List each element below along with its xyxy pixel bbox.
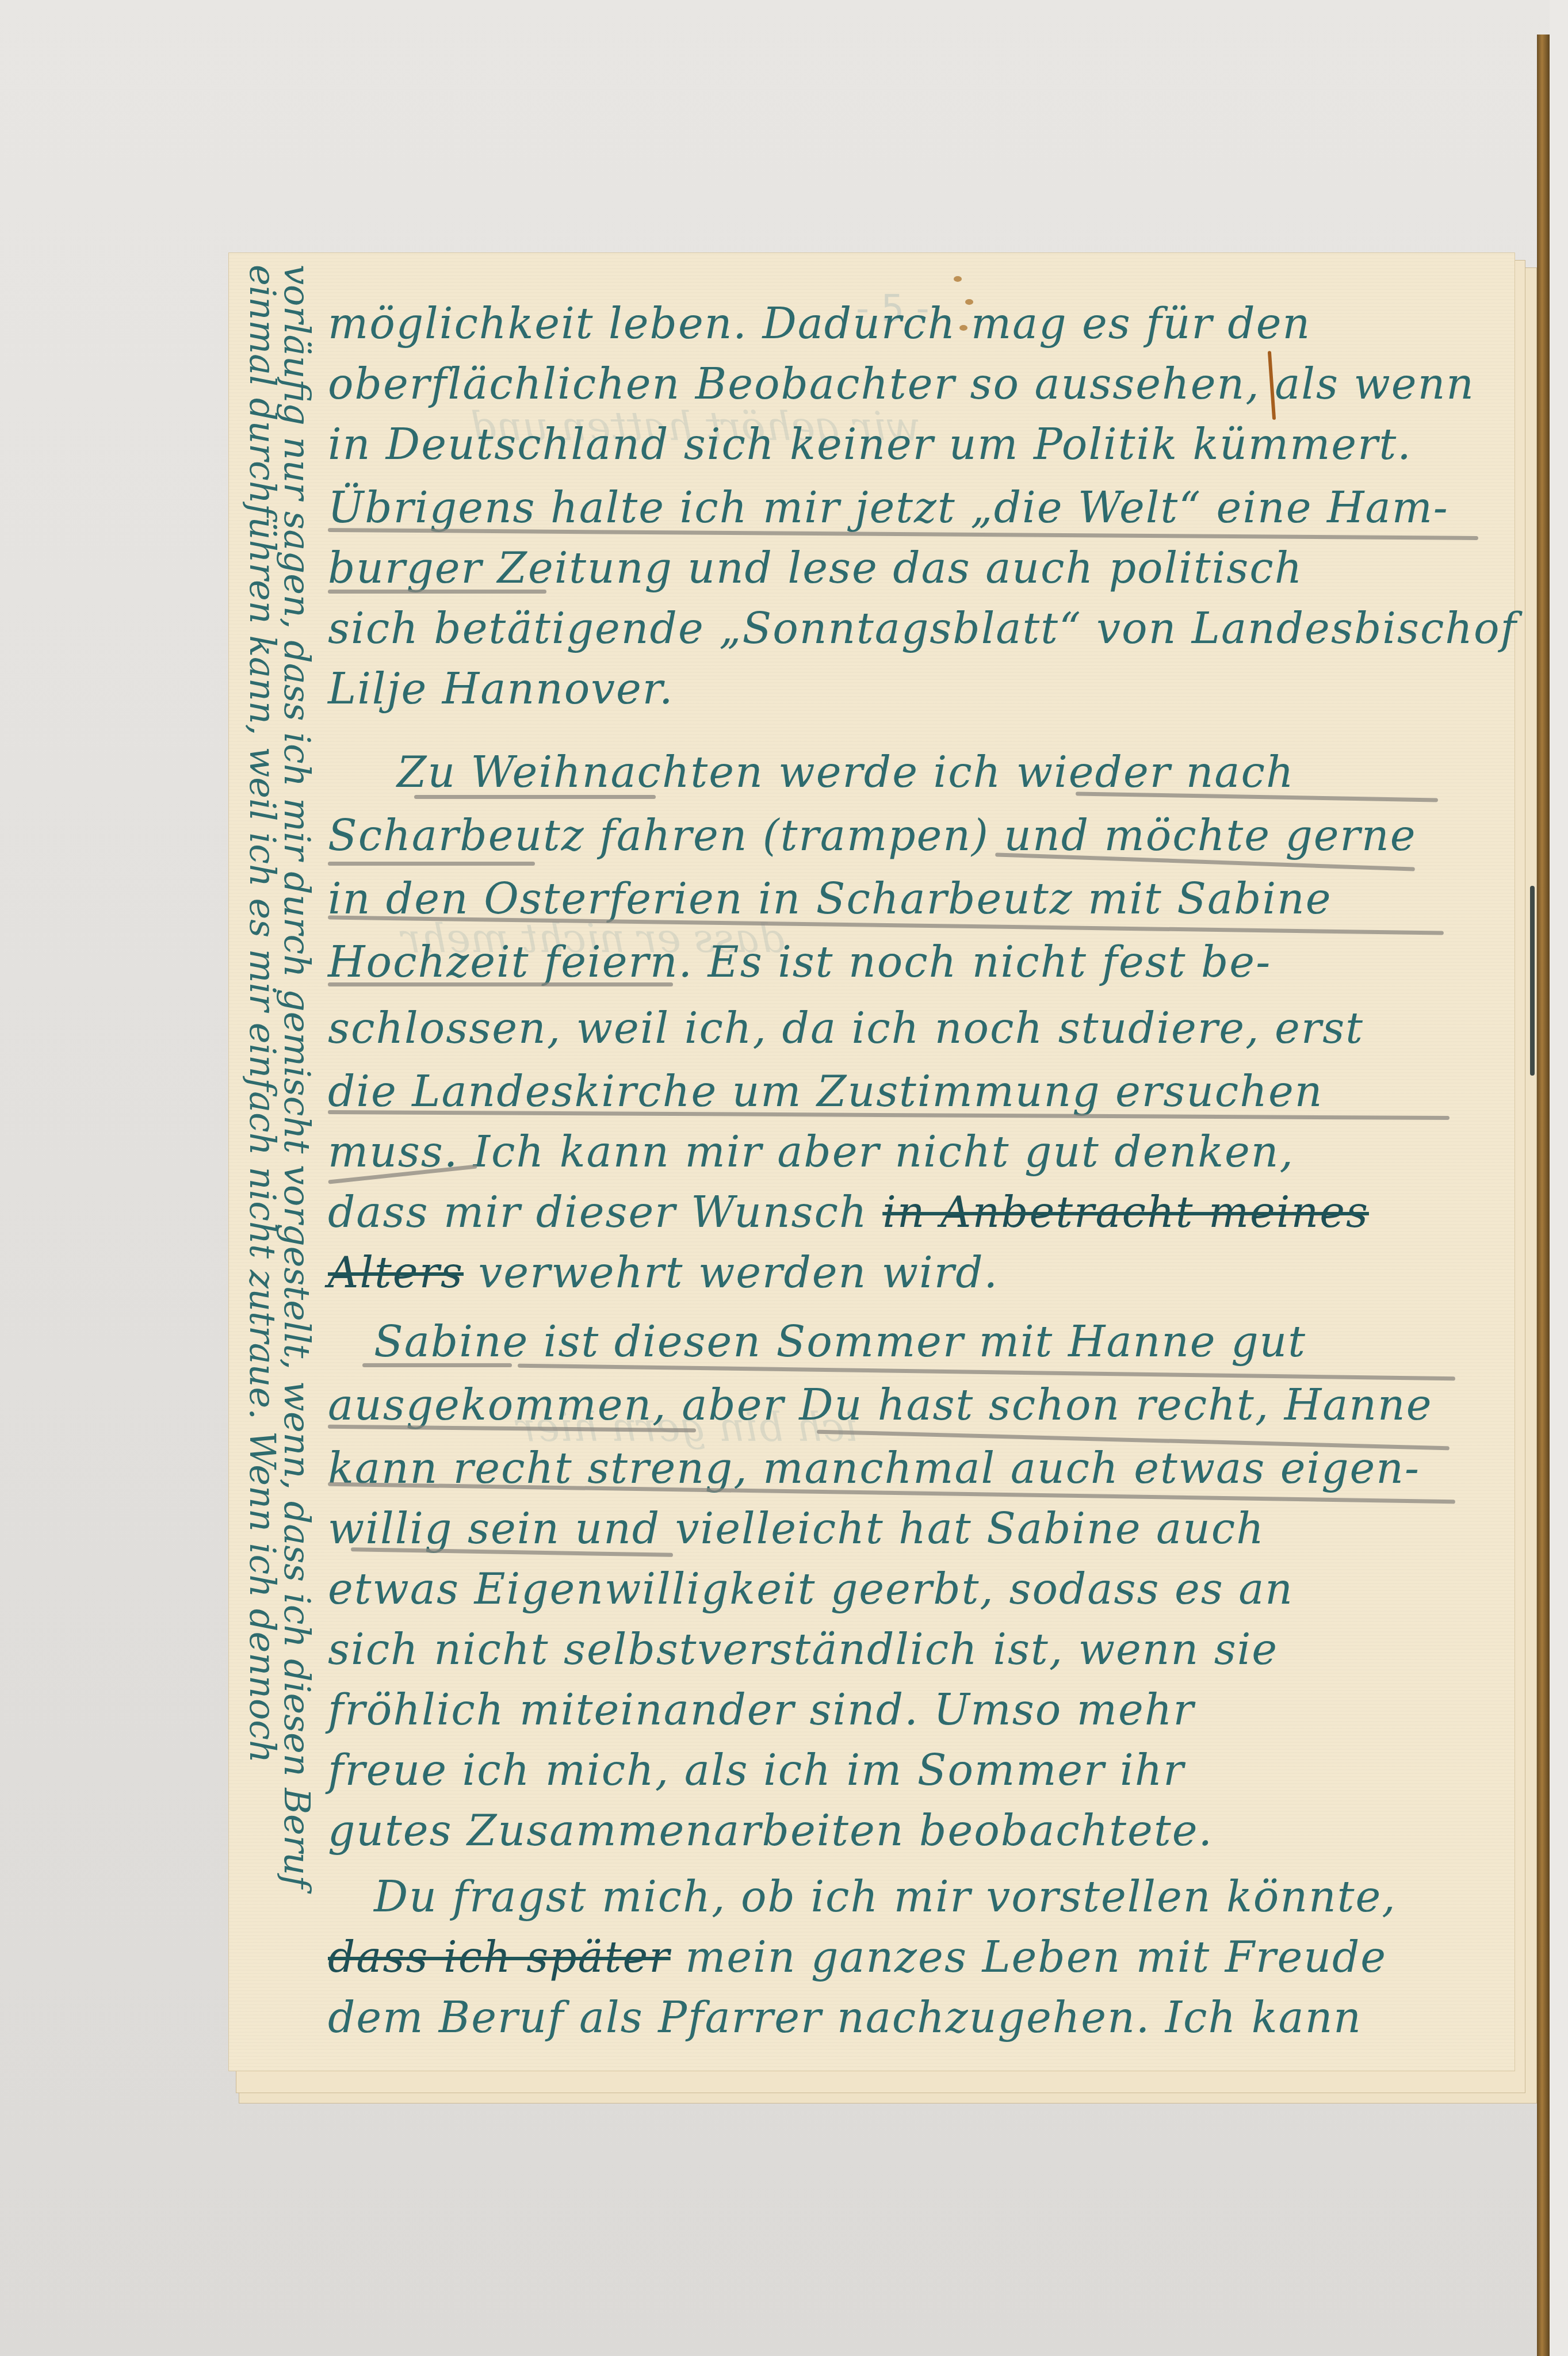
struck-text: dass ich später bbox=[328, 1933, 671, 1982]
body-line: möglichkeit leben. Dadurch mag es für de… bbox=[328, 299, 1311, 349]
body-line: Du fragst mich, ob ich mir vorstellen kö… bbox=[374, 1872, 1397, 1922]
body-line: Scharbeutz fahren (trampen) und möchte g… bbox=[328, 811, 1416, 860]
body-line: schlossen, weil ich, da ich noch studier… bbox=[328, 1004, 1364, 1053]
body-line: willig sein und vielleicht hat Sabine au… bbox=[328, 1504, 1265, 1554]
body-line: fröhlich miteinander sind. Umso mehr bbox=[328, 1685, 1195, 1735]
pencil-exclamation-mark: ! bbox=[1559, 894, 1568, 974]
pencil-underline bbox=[328, 982, 673, 986]
right-backdrop bbox=[1550, 0, 1568, 2356]
letter-page: - 5 - wir gehört hatten und dass er nich… bbox=[229, 253, 1515, 2071]
body-line: Sabine ist diesen Sommer mit Hanne gut bbox=[374, 1317, 1306, 1367]
body-line: Zu Weihnachten werde ich wieder nach bbox=[397, 748, 1295, 797]
body-line: Hochzeit feiern. Es ist noch nicht fest … bbox=[328, 938, 1271, 987]
pencil-underline bbox=[414, 795, 656, 799]
rust-stain bbox=[954, 276, 962, 282]
pencil-underline bbox=[328, 862, 535, 866]
body-line: dass ich später mein ganzes Leben mit Fr… bbox=[328, 1933, 1387, 1982]
body-line: sich nicht selbstverständlich ist, wenn … bbox=[328, 1625, 1278, 1674]
margin-note-column-2: einmal durchführen kann, weil ich es mir… bbox=[242, 265, 284, 1763]
body-line: Alters verwehrt werden wird. bbox=[328, 1248, 999, 1298]
body-line-text: mein ganzes Leben mit Freude bbox=[685, 1933, 1387, 1982]
body-line: die Landeskirche um Zustimmung ersuchen bbox=[328, 1067, 1323, 1116]
body-line: etwas Eigenwilligkeit geerbt, sodass es … bbox=[328, 1565, 1294, 1614]
body-line: in Deutschland sich keiner um Politik kü… bbox=[328, 420, 1412, 469]
body-line: dass mir dieser Wunsch in Anbetracht mei… bbox=[328, 1188, 1369, 1237]
body-line: in den Osterferien in Scharbeutz mit Sab… bbox=[328, 874, 1332, 924]
body-line: gutes Zusammenarbeiten beobachtete. bbox=[328, 1806, 1213, 1856]
body-line: Lilje Hannover. bbox=[328, 664, 674, 714]
struck-text: Alters bbox=[328, 1248, 464, 1298]
pencil-underline bbox=[328, 590, 546, 594]
struck-text: in Anbetracht meines bbox=[882, 1188, 1369, 1237]
body-line: ausgekommen, aber Du hast schon recht, H… bbox=[328, 1380, 1432, 1430]
pencil-side-bracket bbox=[1530, 886, 1535, 1076]
body-line-text: dass mir dieser Wunsch bbox=[328, 1188, 868, 1237]
body-line: dem Beruf als Pfarrer nachzugehen. Ich k… bbox=[328, 1993, 1362, 2043]
body-line: oberflächlichen Beobachter so aussehen, … bbox=[328, 359, 1475, 409]
binder-edge bbox=[1537, 35, 1550, 2356]
body-line: Übrigens halte ich mir jetzt „die Welt“ … bbox=[328, 483, 1449, 533]
body-line: freue ich mich, als ich im Sommer ihr bbox=[328, 1746, 1185, 1795]
body-line: burger Zeitung und lese das auch politis… bbox=[328, 544, 1303, 593]
body-line: muss. Ich kann mir aber nicht gut denken… bbox=[328, 1127, 1294, 1177]
pencil-underline bbox=[362, 1363, 512, 1367]
body-line-text: verwehrt werden wird. bbox=[479, 1248, 999, 1298]
body-line: sich betätigende „Sonntagsblatt“ von Lan… bbox=[328, 604, 1517, 653]
